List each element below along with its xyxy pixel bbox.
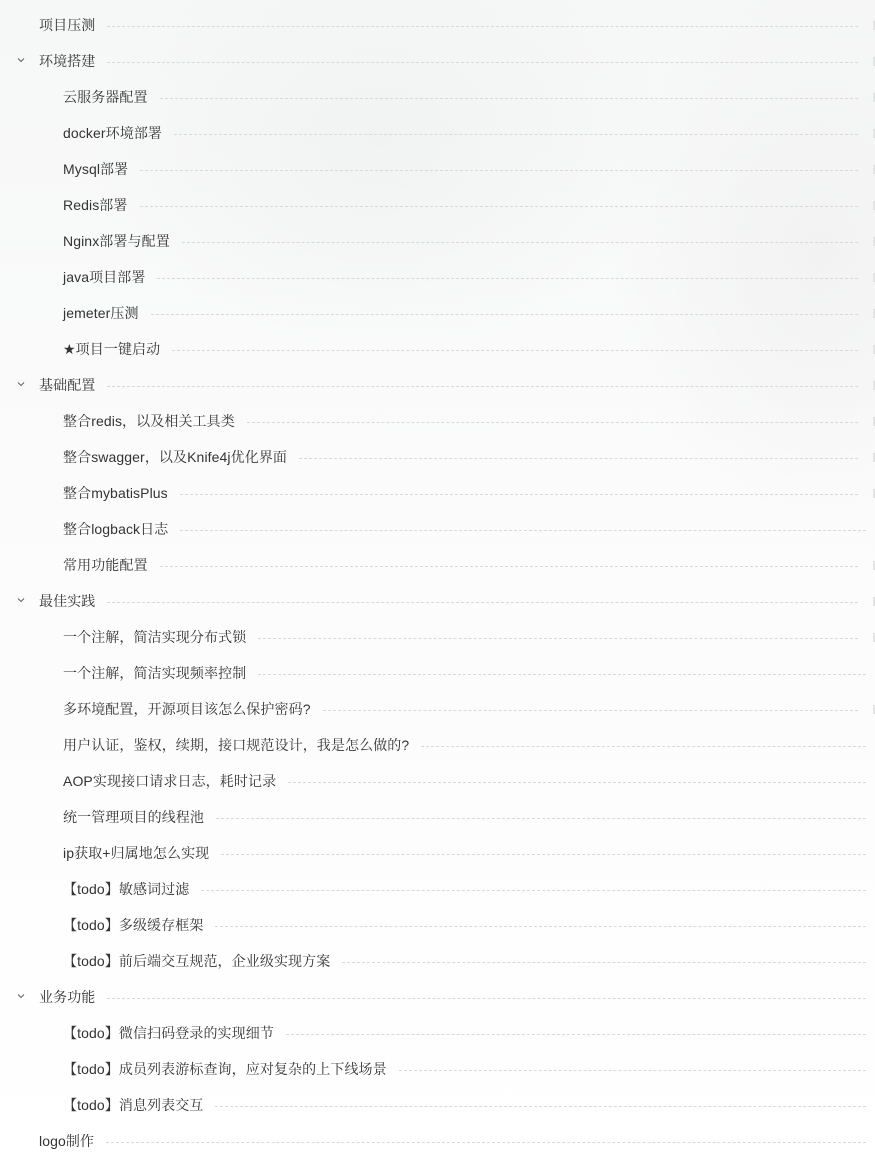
toc-section[interactable]: 项目压测 <box>0 7 875 43</box>
toc-item-label[interactable]: logo制作 <box>0 1131 94 1151</box>
toc-item-label[interactable]: java项目部署 <box>0 267 145 287</box>
toc-item-label[interactable]: 环境搭建 <box>0 51 95 71</box>
toc-item[interactable]: 一个注解，简洁实现频率控制 <box>0 655 875 691</box>
toc-section[interactable]: 基础配置 <box>0 367 875 403</box>
dotted-leader <box>258 638 858 639</box>
toc-item[interactable]: jemeter压测 <box>0 295 875 331</box>
dotted-leader <box>107 386 858 387</box>
chevron-down-icon[interactable] <box>16 55 26 65</box>
toc-item[interactable]: 整合redis，以及相关工具类 <box>0 403 875 439</box>
toc-item[interactable]: 整合swagger，以及Knife4j优化界面 <box>0 439 875 475</box>
toc-item-label[interactable]: 【todo】成员列表游标查询，应对复杂的上下线场景 <box>0 1059 387 1079</box>
toc-item[interactable]: 【todo】前后端交互规范，企业级实现方案 <box>0 943 875 979</box>
dotted-leader <box>247 422 858 423</box>
dotted-leader <box>288 782 866 783</box>
toc-item[interactable]: 统一管理项目的线程池 <box>0 799 875 835</box>
toc-item-label[interactable]: Redis部署 <box>0 195 128 215</box>
dotted-leader <box>160 98 858 99</box>
dotted-leader <box>421 746 866 747</box>
toc-item[interactable]: 常用功能配置 <box>0 547 875 583</box>
toc-item[interactable]: java项目部署 <box>0 259 875 295</box>
toc-item[interactable]: AOP实现接口请求日志，耗时记录 <box>0 763 875 799</box>
toc-item-label[interactable]: ip获取+归属地怎么实现 <box>0 843 209 863</box>
dotted-leader <box>151 314 858 315</box>
toc-item-label[interactable]: ★项目一键启动 <box>0 339 160 359</box>
dotted-leader <box>106 1142 866 1143</box>
toc-item[interactable]: 【todo】敏感词过滤 <box>0 871 875 907</box>
toc-item-label[interactable]: 【todo】敏感词过滤 <box>0 879 189 899</box>
dotted-leader <box>299 458 858 459</box>
table-of-contents: 项目压测环境搭建云服务器配置docker环境部署Mysql部署Redis部署Ng… <box>0 7 875 1159</box>
dotted-leader <box>221 854 866 855</box>
dotted-leader <box>160 566 858 567</box>
toc-item[interactable]: 整合logback日志 <box>0 511 875 547</box>
dotted-leader <box>107 62 858 63</box>
toc-item-label[interactable]: jemeter压测 <box>0 303 139 323</box>
toc-item[interactable]: 【todo】多级缓存框架 <box>0 907 875 943</box>
dotted-leader <box>157 278 858 279</box>
toc-item[interactable]: 整合mybatisPlus <box>0 475 875 511</box>
toc-item[interactable]: 云服务器配置 <box>0 79 875 115</box>
dotted-leader <box>286 1034 866 1035</box>
dotted-leader <box>201 890 866 891</box>
toc-section[interactable]: logo制作 <box>0 1123 875 1159</box>
toc-item[interactable]: docker环境部署 <box>0 115 875 151</box>
dotted-leader <box>172 350 858 351</box>
toc-section[interactable]: 最佳实践 <box>0 583 875 619</box>
toc-item-label[interactable]: 项目压测 <box>0 15 95 35</box>
dotted-leader <box>140 170 858 171</box>
toc-item-label[interactable]: 多环境配置，开源项目该怎么保护密码? <box>0 699 311 719</box>
dotted-leader <box>180 530 866 531</box>
dotted-leader <box>107 998 866 999</box>
dotted-leader <box>182 242 858 243</box>
chevron-down-icon[interactable] <box>16 595 26 605</box>
chevron-down-icon[interactable] <box>16 379 26 389</box>
dotted-leader <box>342 962 866 963</box>
dotted-leader <box>216 818 866 819</box>
toc-item[interactable]: ip获取+归属地怎么实现 <box>0 835 875 871</box>
dotted-leader <box>107 602 858 603</box>
toc-item-label[interactable]: 常用功能配置 <box>0 555 148 575</box>
toc-item-label[interactable]: 基础配置 <box>0 375 95 395</box>
toc-item-label[interactable]: 最佳实践 <box>0 591 95 611</box>
toc-item-label[interactable]: Nginx部署与配置 <box>0 231 170 251</box>
toc-item[interactable]: 用户认证，鉴权，续期，接口规范设计，我是怎么做的? <box>0 727 875 763</box>
toc-section[interactable]: 环境搭建 <box>0 43 875 79</box>
toc-item-label[interactable]: 整合swagger，以及Knife4j优化界面 <box>0 447 287 467</box>
toc-item[interactable]: 【todo】成员列表游标查询，应对复杂的上下线场景 <box>0 1051 875 1087</box>
toc-item[interactable]: Mysql部署 <box>0 151 875 187</box>
toc-item-label[interactable]: 【todo】微信扫码登录的实现细节 <box>0 1023 274 1043</box>
dotted-leader <box>258 674 866 675</box>
toc-item-label[interactable]: 用户认证，鉴权，续期，接口规范设计，我是怎么做的? <box>0 735 409 755</box>
toc-item-label[interactable]: 整合redis，以及相关工具类 <box>0 411 235 431</box>
dotted-leader <box>174 134 858 135</box>
toc-item-label[interactable]: 一个注解，简洁实现频率控制 <box>0 663 246 683</box>
toc-item-label[interactable]: 整合logback日志 <box>0 519 168 539</box>
toc-item-label[interactable]: 【todo】前后端交互规范，企业级实现方案 <box>0 951 330 971</box>
chevron-down-icon[interactable] <box>16 991 26 1001</box>
toc-item-label[interactable]: 【todo】消息列表交互 <box>0 1095 203 1115</box>
toc-item-label[interactable]: 云服务器配置 <box>0 87 148 107</box>
dotted-leader <box>215 1106 866 1107</box>
toc-item-label[interactable]: 一个注解，简洁实现分布式锁 <box>0 627 246 647</box>
dotted-leader <box>107 26 858 27</box>
toc-item[interactable]: 【todo】微信扫码登录的实现细节 <box>0 1015 875 1051</box>
toc-item-label[interactable]: docker环境部署 <box>0 123 162 143</box>
toc-item-label[interactable]: 统一管理项目的线程池 <box>0 807 204 827</box>
dotted-leader <box>215 926 866 927</box>
toc-item-label[interactable]: 整合mybatisPlus <box>0 483 168 503</box>
dotted-leader <box>140 206 859 207</box>
toc-item[interactable]: ★项目一键启动 <box>0 331 875 367</box>
toc-item-label[interactable]: AOP实现接口请求日志，耗时记录 <box>0 771 276 791</box>
toc-section[interactable]: 业务功能 <box>0 979 875 1015</box>
toc-item[interactable]: 多环境配置，开源项目该怎么保护密码? <box>0 691 875 727</box>
toc-item[interactable]: Nginx部署与配置 <box>0 223 875 259</box>
toc-item[interactable]: 一个注解，简洁实现分布式锁 <box>0 619 875 655</box>
toc-item-label[interactable]: 业务功能 <box>0 987 95 1007</box>
dotted-leader <box>399 1070 866 1071</box>
dotted-leader <box>323 710 858 711</box>
dotted-leader <box>180 494 858 495</box>
toc-item[interactable]: Redis部署 <box>0 187 875 223</box>
toc-item[interactable]: 【todo】消息列表交互 <box>0 1087 875 1123</box>
toc-item-label[interactable]: Mysql部署 <box>0 159 128 179</box>
toc-item-label[interactable]: 【todo】多级缓存框架 <box>0 915 203 935</box>
